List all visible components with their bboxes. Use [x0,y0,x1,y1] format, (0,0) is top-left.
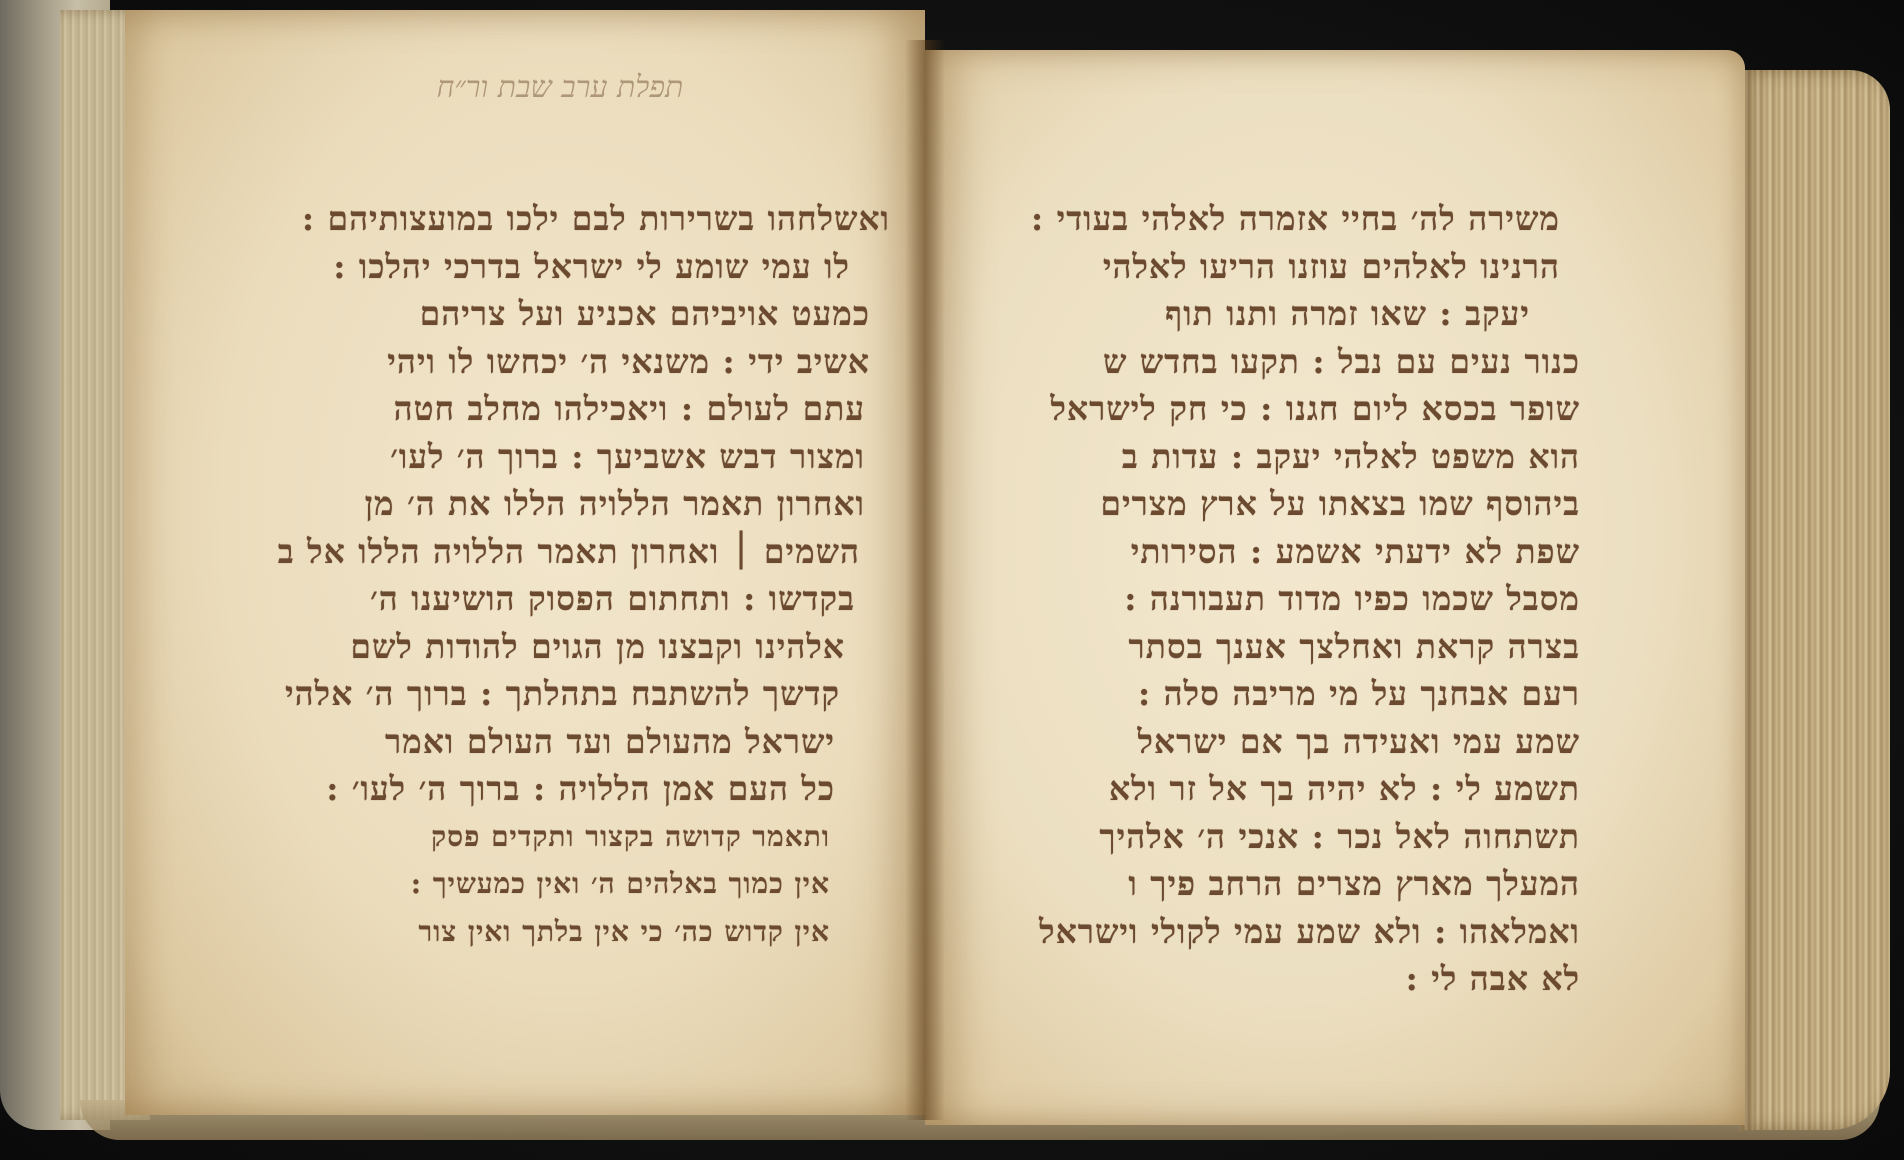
text-line: משירה לה׳ בחיי אזמרה לאלהי בעודי : [940,195,1580,243]
text-line: ואשלחהו בשרירות לבם ילכו במועצותיהם : [190,195,890,243]
text-line: שפת לא ידעתי אשמע : הסירותי [940,528,1580,576]
text-line: ומצור דבש אשביעך : ברוך ה׳ לעו׳ [190,433,890,481]
text-line: אלהינו וקבצנו מן הגוים להודות לשם [190,623,890,671]
text-line: בצרה קראת ואחלצך אענך בסתר [940,623,1580,671]
text-line: תשתחוה לאל נכר : אנכי ה׳ אלהיך [940,813,1580,861]
text-line: כל העם אמן הללויה : ברוך ה׳ לעו׳ : [190,765,890,813]
text-line: יעקב : שאו זמרה ותנו תוף [940,290,1580,338]
text-line: הרנינו לאלהים עוזנו הריעו לאלהי [940,243,1580,291]
page-edges-right [1740,70,1890,1130]
text-line: כמעט אויביהם אכניע ועל צריהם [190,290,890,338]
text-line: אין קדוש כה׳ כי אין בלתך ואין צור [190,908,890,956]
text-line: עתם לעולם : ויאכילהו מחלב חטה [190,385,890,433]
text-line: שופר בכסא ליום חגנו : כי חק לישראל [940,385,1580,433]
open-book: תפלת ערב שבת ור״ח ואשלחהו בשרירות לבם יל… [0,0,1904,1160]
text-line: רעם אבחנך על מי מריבה סלה : [940,670,1580,718]
text-line: אין כמוך באלהים ה׳ ואין כמעשיך : [190,860,890,908]
text-line: ואמלאהו : ולא שמע עמי לקולי וישראל [940,908,1580,956]
text-line: ישראל מהעולם ועד העולם ואמר [190,718,890,766]
text-line: ואחרון תאמר הללויה הללו את ה׳ מן [190,480,890,528]
text-line: בקדשו : ותחתום הפסוק הושיענו ה׳ [190,575,890,623]
page-header-note: תפלת ערב שבת ור״ח [360,70,760,105]
text-line: השמים ׀ ואחרון תאמר הללויה הללו אל ב [190,528,890,576]
text-line: קדשך להשתבח בתהלתך : ברוך ה׳ אלהי [190,670,890,718]
left-page-text: ואשלחהו בשרירות לבם ילכו במועצותיהם : לו… [190,195,890,955]
text-line: מסבל שכמו כפיו מדוד תעבורנה : [940,575,1580,623]
text-line: ותאמר קדושה בקצור ותקדים פסק [190,813,890,861]
text-line: לא אבה לי : [940,955,1580,1003]
right-page-text: משירה לה׳ בחיי אזמרה לאלהי בעודי : הרנינ… [940,195,1580,1003]
text-line: כנור נעים עם נבל : תקעו בחדש ש [940,338,1580,386]
text-line: הוא משפט לאלהי יעקב : עדות ב [940,433,1580,481]
text-line: שמע עמי ואעידה בך אם ישראל [940,718,1580,766]
text-line: תשמע לי : לא יהיה בך אל זר ולא [940,765,1580,813]
text-line: לו עמי שומע לי ישראל בדרכי יהלכו : [190,243,890,291]
text-line: המעלך מארץ מצרים הרחב פיך ו [940,860,1580,908]
text-line: ביהוסף שמו בצאתו על ארץ מצרים [940,480,1580,528]
book-gutter [905,40,945,1120]
text-line: אשיב ידי : משנאי ה׳ יכחשו לו ויהי [190,338,890,386]
